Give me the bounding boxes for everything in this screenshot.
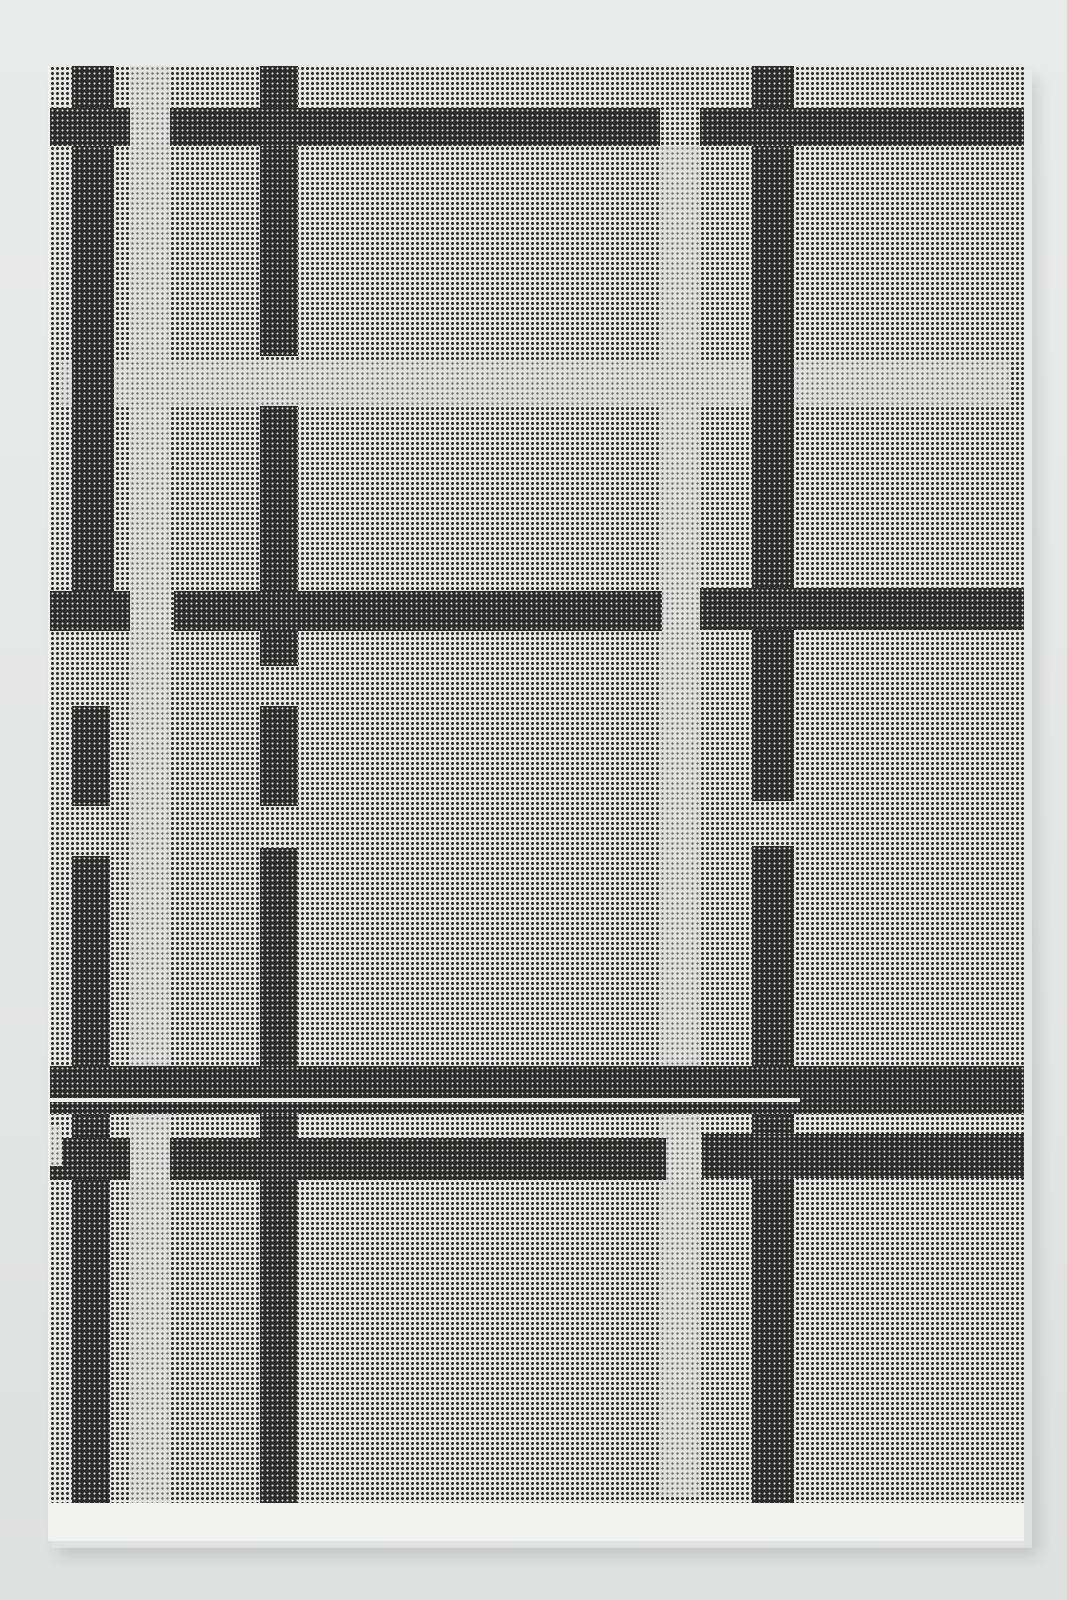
halftone-artwork bbox=[50, 66, 1024, 1503]
ghost-band bbox=[60, 361, 1010, 406]
ghost-band bbox=[50, 1126, 62, 1166]
vertical-bar bbox=[72, 66, 114, 621]
ghost-band bbox=[130, 66, 170, 1503]
vertical-bar bbox=[72, 706, 110, 806]
horizontal-bar bbox=[700, 588, 1024, 630]
horizontal-bar bbox=[50, 1066, 1024, 1114]
vertical-bar bbox=[260, 706, 298, 806]
horizontal-bar bbox=[50, 1138, 130, 1180]
ghost-band bbox=[660, 146, 700, 1496]
speck bbox=[422, 792, 424, 794]
horizontal-bar bbox=[702, 1134, 1024, 1178]
horizontal-bar bbox=[170, 108, 660, 146]
thin-white-line bbox=[50, 1098, 800, 1102]
vertical-bar bbox=[752, 66, 794, 801]
horizontal-bar bbox=[50, 591, 130, 631]
horizontal-bar bbox=[700, 108, 1024, 146]
horizontal-bar bbox=[170, 1138, 666, 1180]
horizontal-bar bbox=[50, 108, 130, 146]
horizontal-bar bbox=[174, 591, 662, 631]
speck bbox=[172, 466, 174, 468]
